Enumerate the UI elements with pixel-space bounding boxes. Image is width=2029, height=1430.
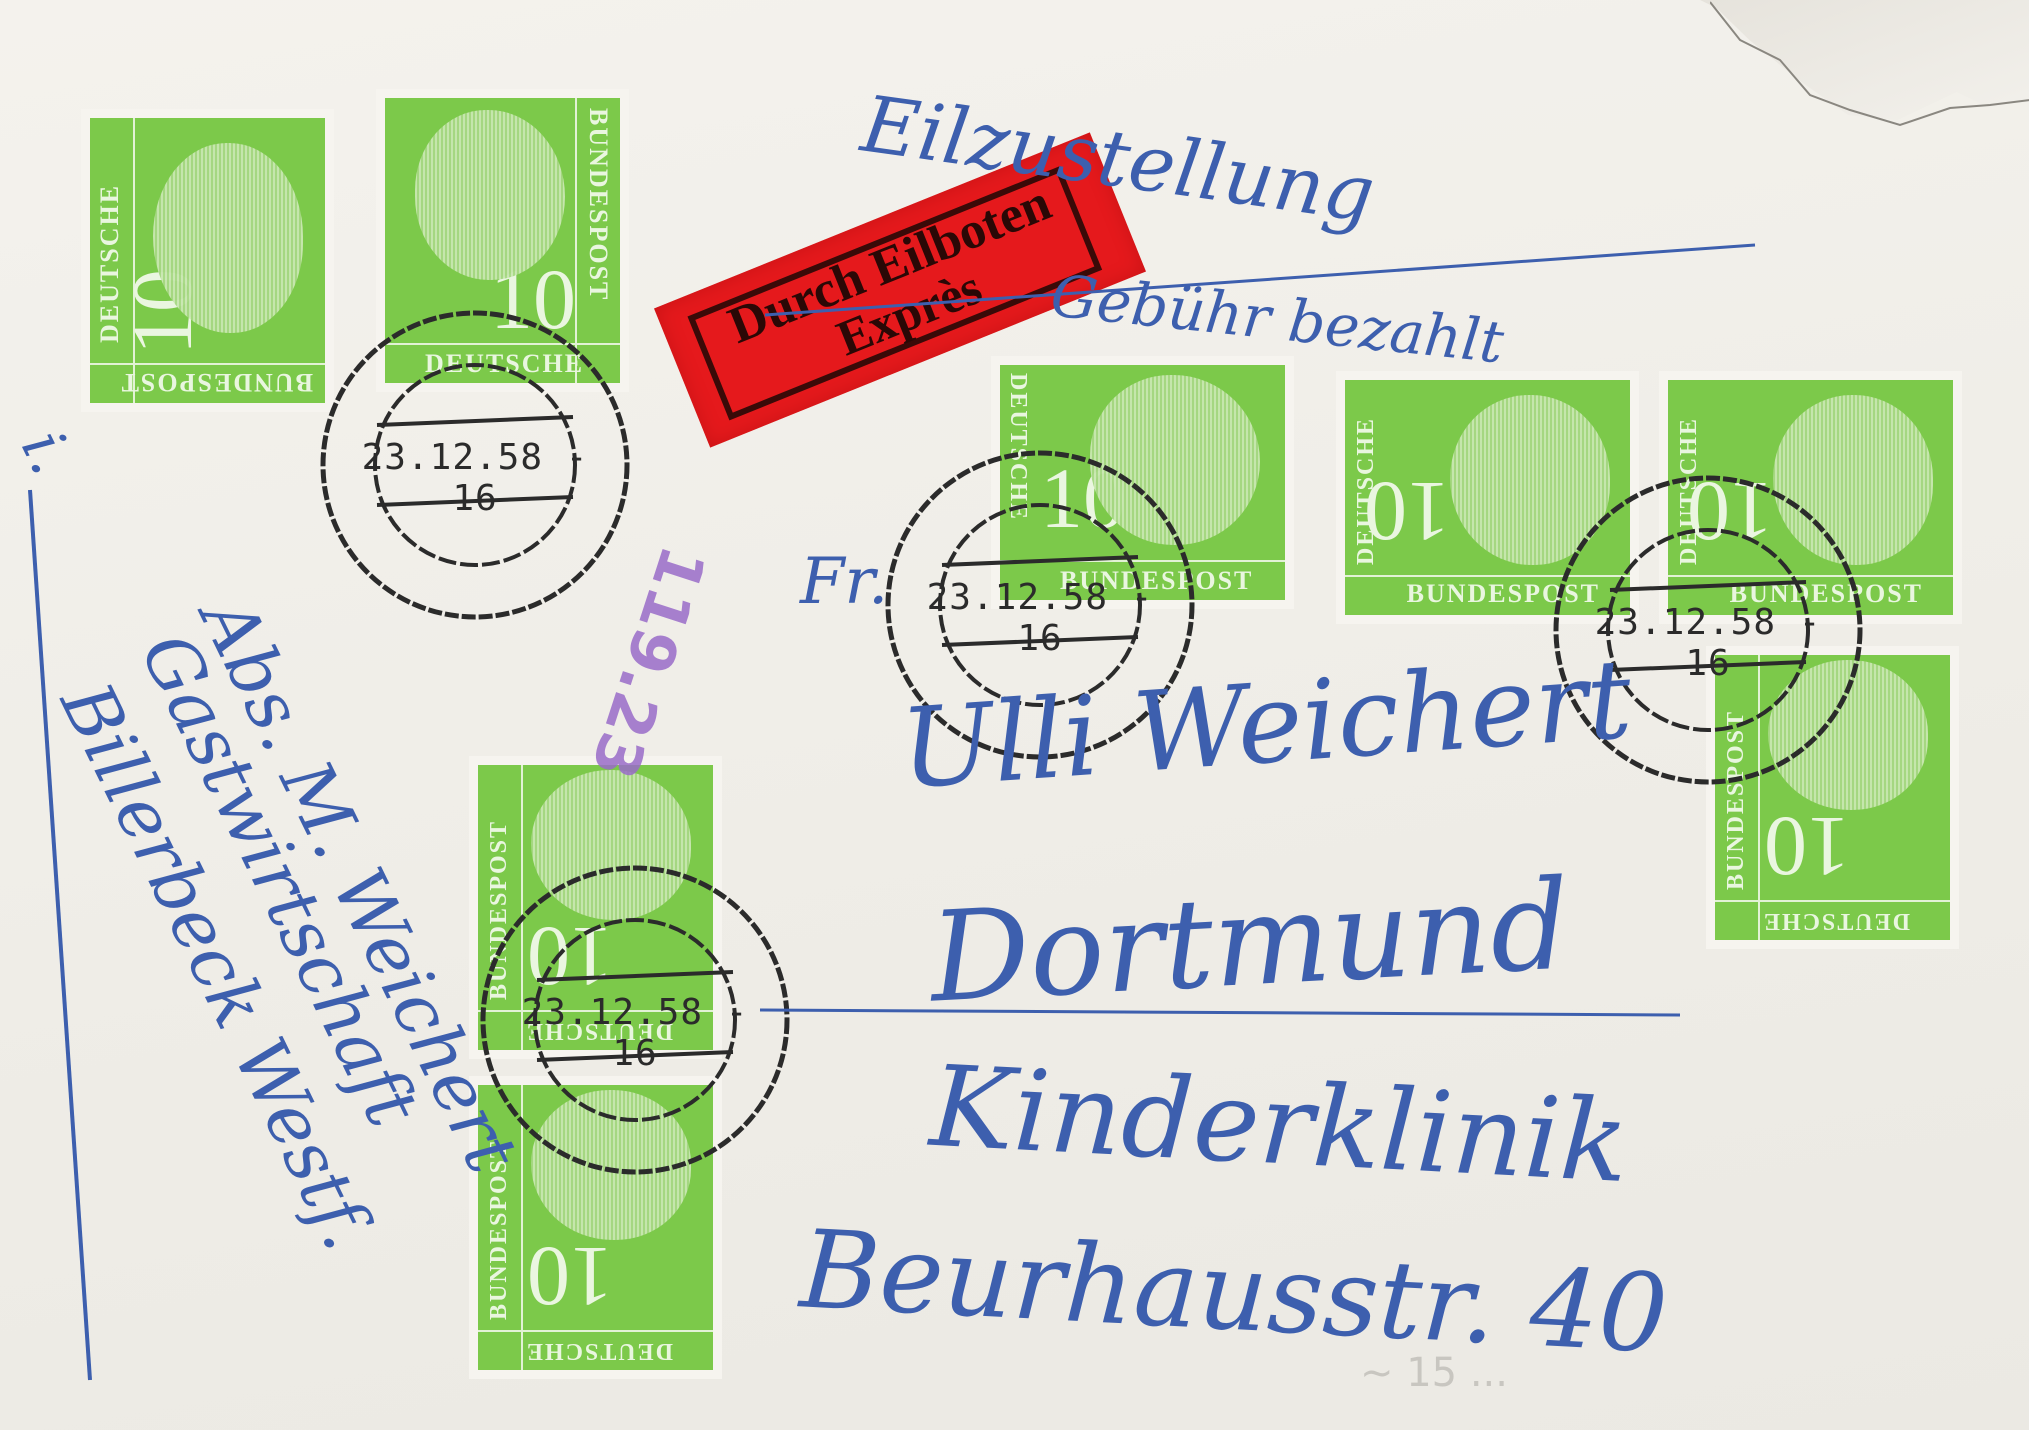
handwriting-institution: Kinderklinik [927,1042,1631,1208]
handwriting-street: Beurhausstr. 40 [797,1207,1670,1377]
envelope: BUNDESPOST DEUTSCHE 10 BUNDESPOST DEUTSC… [0,0,2029,1430]
stamp-value: 10 [1364,469,1450,555]
stamp-country-text: BUNDESPOST [583,108,613,301]
handwriting-top-note-2: Gebühr bezahlt [1048,261,1507,376]
postmark-date: 23.12.58 - 16 [355,437,595,519]
handwriting-sender-prefix: i. [7,420,87,485]
torn-edge-line [1710,0,2029,130]
stamp: BUNDESPOST DEUTSCHE 10 [90,118,325,403]
postmark: 23.12.58 - 16 [315,305,635,625]
stamp-value: 10 [527,1234,613,1320]
stamp-country-text: BUNDESPOST [120,367,313,397]
stamp-side-text: DEUTSCHE [525,1337,673,1364]
stamp-value: 10 [1764,804,1850,890]
portrait [415,110,565,280]
postmark-date: 23.12.58 - 16 [920,577,1160,659]
handwriting-prefix: Fr. [800,545,888,619]
postmark-date: 23.12.58 - 16 [515,992,755,1074]
pencil-note: ~ 15 ... [1360,1350,1508,1396]
portrait [153,143,303,333]
stamp-side-text: DEUTSCHE [1762,907,1910,934]
handwriting-city: Dortmund [927,853,1574,1030]
